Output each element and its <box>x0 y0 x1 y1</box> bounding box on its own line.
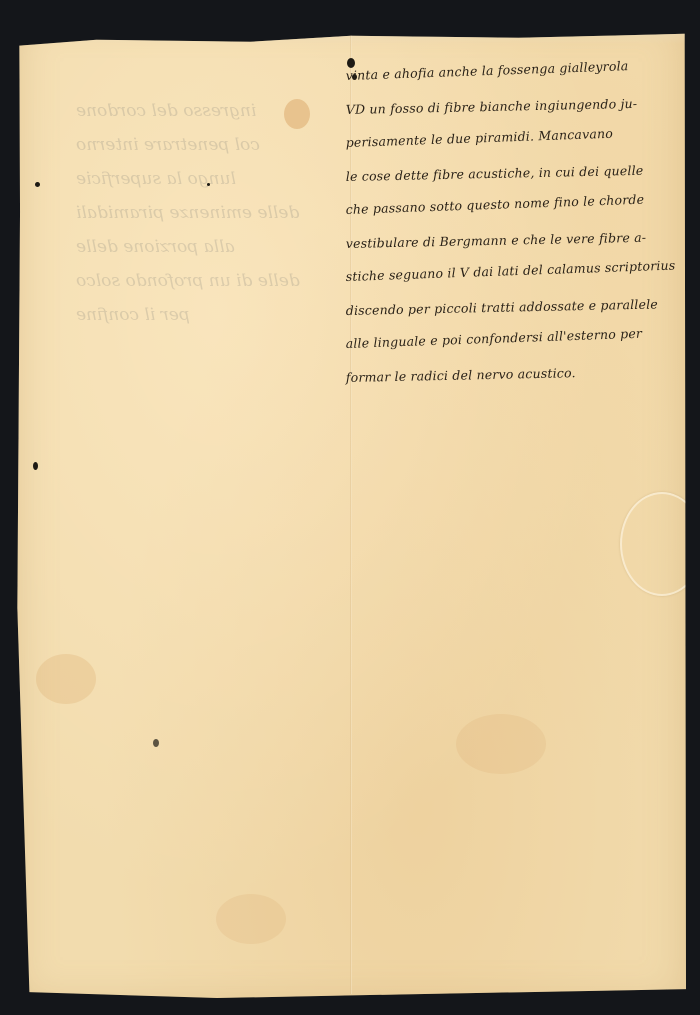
foxing-stain <box>216 894 286 944</box>
ink-spot <box>347 58 355 68</box>
ink-spot <box>35 182 40 187</box>
embossed-seal <box>620 492 700 596</box>
bleed-line: delle di un profondo solco <box>76 264 346 298</box>
ink-spot <box>266 18 274 23</box>
bleed-line: lungo la superficie <box>76 162 346 196</box>
handwritten-text: vinta e ahofia anche la fossenga gialley… <box>346 68 686 403</box>
bleed-line: ingresso del cordone <box>76 94 346 128</box>
bleed-line: delle eminenze piramidali <box>76 196 346 230</box>
bleed-line: col penetrare interno <box>76 128 346 162</box>
text-line: formar le radici del nervo acustico. <box>346 362 687 403</box>
foxing-stain <box>456 714 546 774</box>
ink-spot <box>33 462 38 470</box>
bleed-line: alla porzione delle <box>76 230 346 264</box>
ink-spot <box>153 739 159 747</box>
foxing-stain <box>36 654 96 704</box>
bleed-through-text: ingresso del cordone col penetrare inter… <box>76 94 346 332</box>
bleed-line: per il confine <box>76 298 346 332</box>
